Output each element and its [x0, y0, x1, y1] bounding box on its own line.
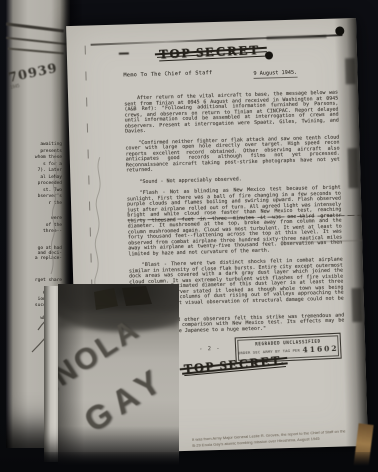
stamp-smudge-bar [6, 37, 68, 45]
memo-addressee-line: Memo To The Chief of Staff [123, 70, 212, 78]
photocopy-blotch [352, 288, 363, 322]
memo-paragraph: After return of the vital aircraft to ba… [124, 91, 339, 135]
stamp-smudge-bar [6, 22, 64, 32]
photocopy-smudge [266, 35, 326, 39]
memo-paragraph: "Flash - Not as blinding as New Mexico t… [127, 186, 343, 258]
declass-stamp-number: 41602 [302, 344, 338, 355]
hole-punch-mark [265, 51, 273, 59]
enola-gay-photo: ENOLA GAY [58, 284, 179, 472]
background-shadow [0, 452, 378, 472]
photocopy-blotch [348, 148, 359, 188]
received-number-stamp-sub: 1945 [10, 83, 20, 90]
book-photo: 70939 1945 awaiting presents whom these … [0, 0, 378, 472]
enola-gay-photo-insert: ENOLA GAY [44, 284, 179, 472]
top-secret-stamp-header: TOP SECRET [159, 42, 261, 63]
memo-paragraph: "Confirmed neither fighter or flak attac… [125, 135, 340, 174]
top-secret-stamp-footer: TOP SECRET. [183, 353, 286, 377]
memo-paragraph: "Sound - Not appreciably observed. [126, 174, 340, 185]
stamp-smudge-bar [8, 48, 64, 54]
received-number-stamp: 70939 [7, 61, 59, 86]
memo-date: 9 August 1945. [253, 70, 297, 79]
photocopy-blotch [345, 58, 356, 84]
ink-dash-mark [119, 52, 129, 54]
page-number: - 2 - [199, 346, 221, 353]
